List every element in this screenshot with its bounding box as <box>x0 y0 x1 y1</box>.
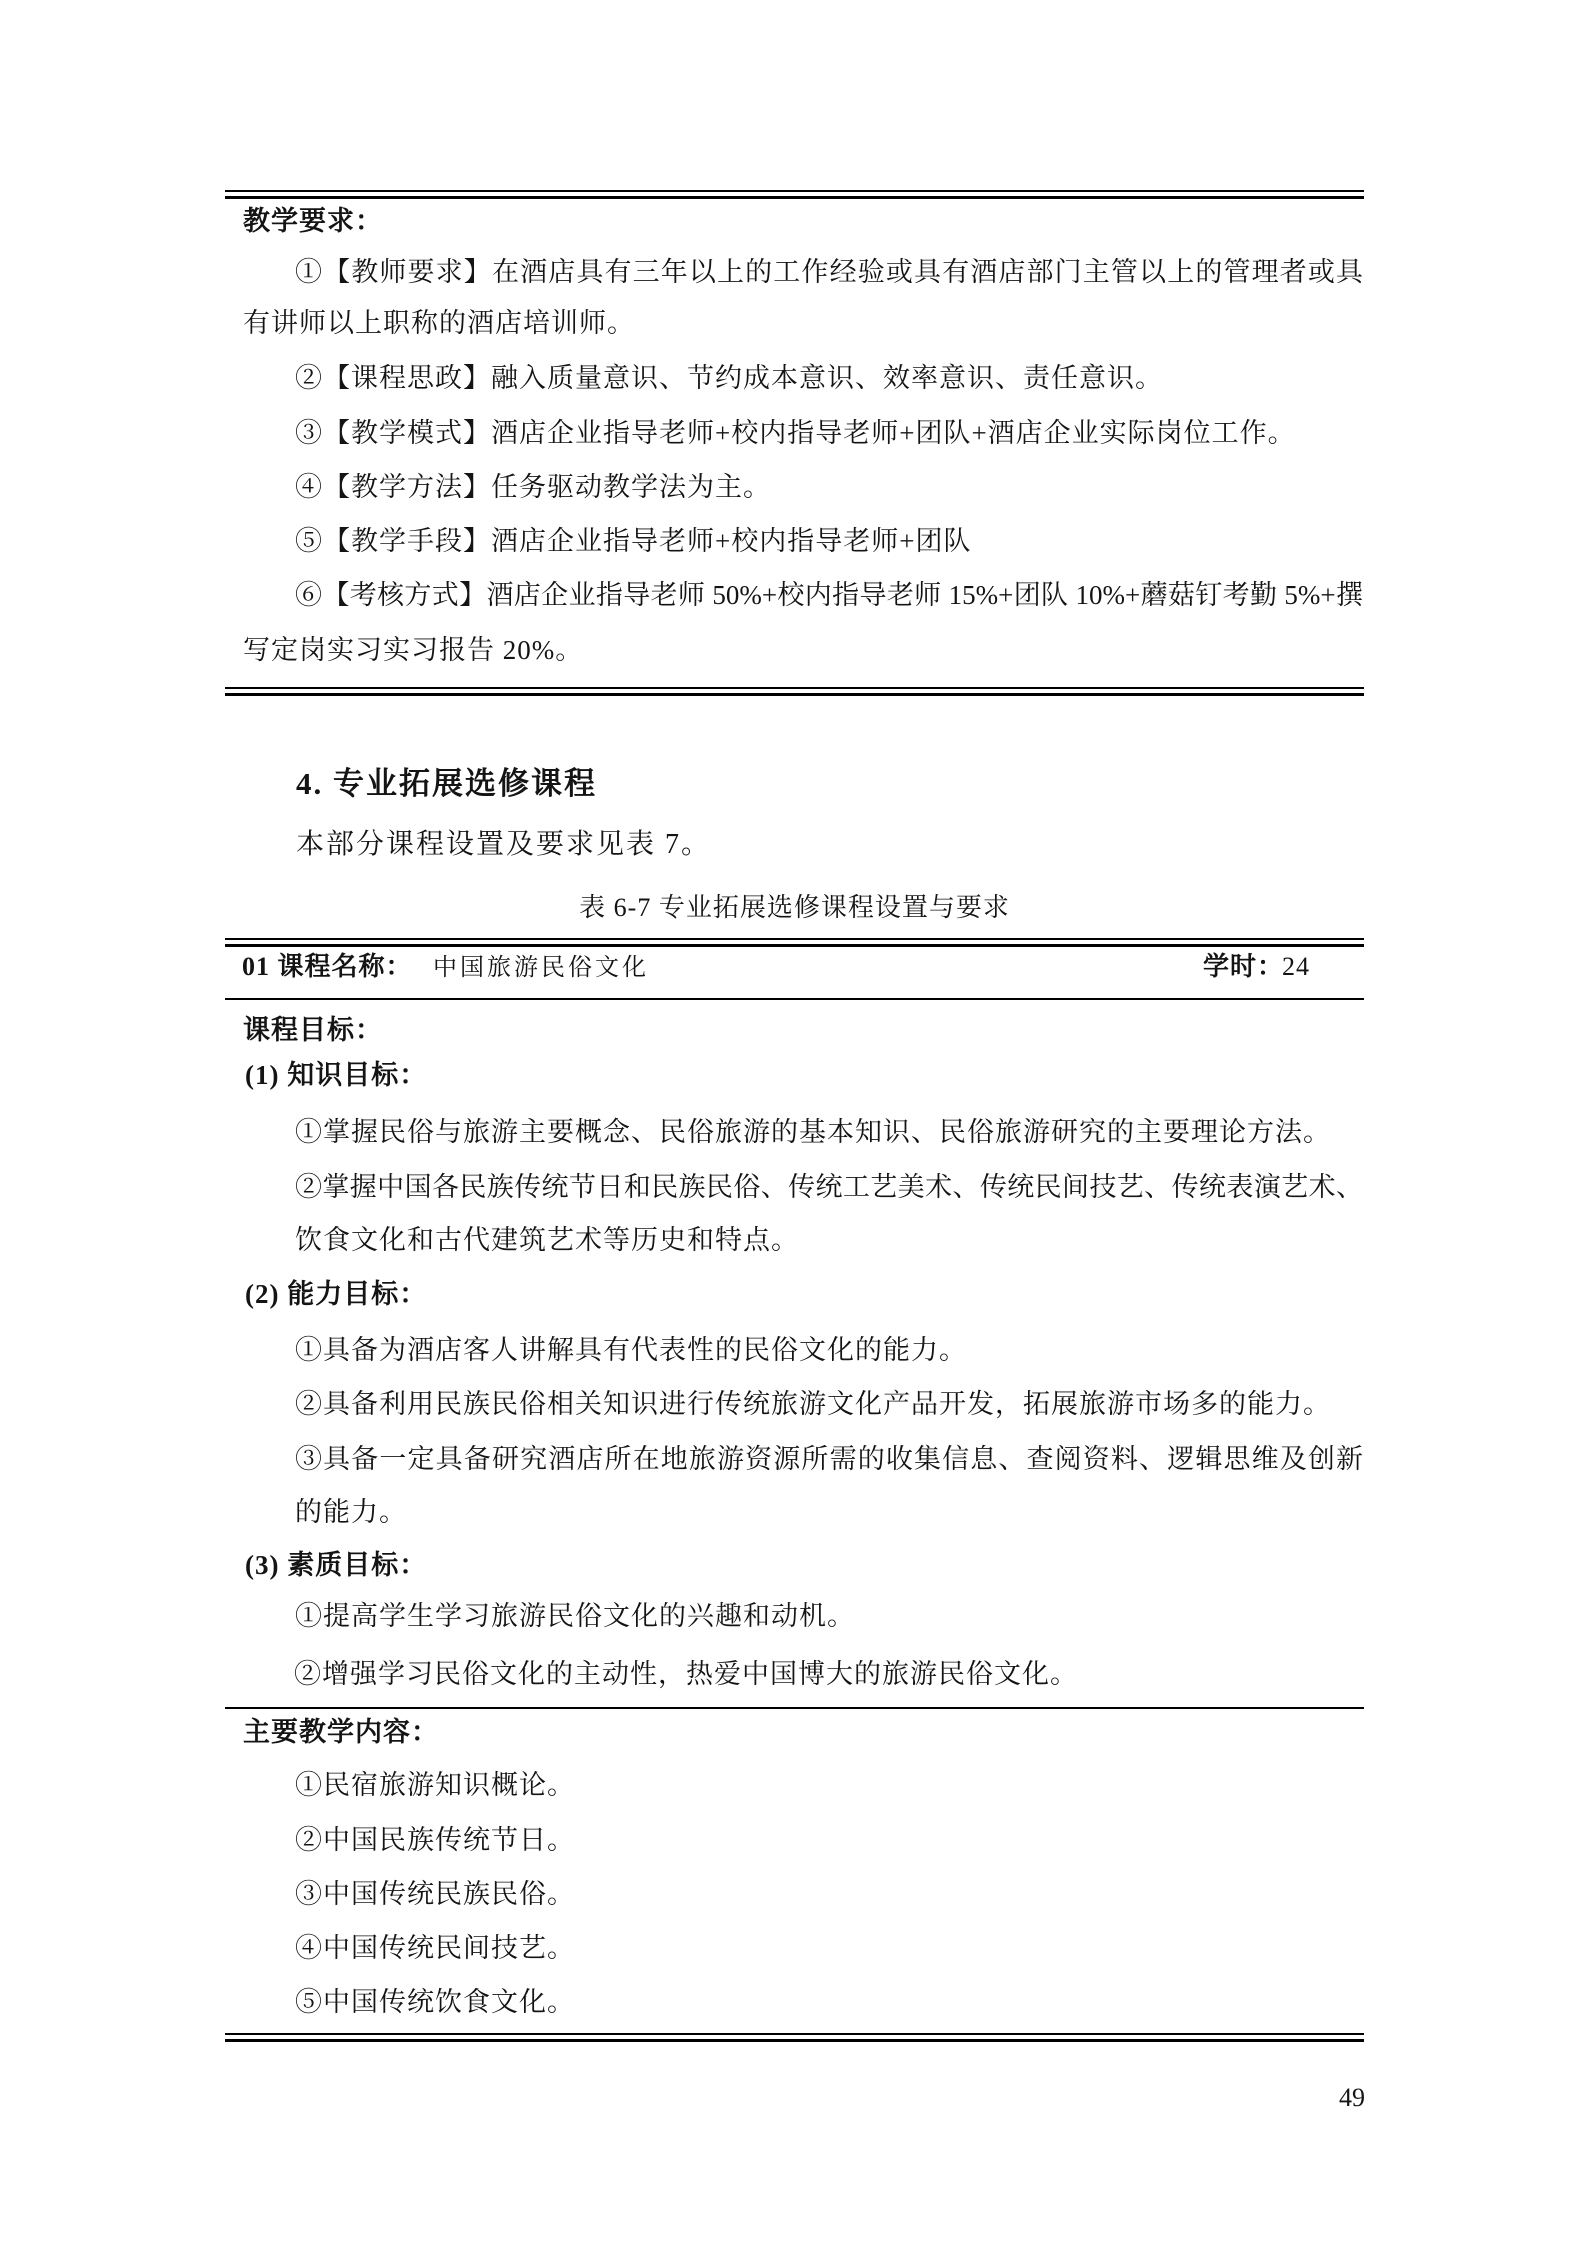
table-6-7-caption: 表 6-7 专业拓展选修课程设置与要求 <box>225 892 1364 925</box>
teaching-content-line: ②中国民族传统节日。 <box>295 1824 575 1858</box>
course-objectives-heading: 课程目标： <box>243 1014 383 1048</box>
course-content-divider <box>225 1707 1364 1709</box>
knowledge-objectives-heading: (1) 知识目标： <box>245 1059 427 1093</box>
table-top-border <box>225 190 1364 199</box>
course-name-value: 中国旅游民俗文化 <box>433 953 649 983</box>
quality-objective-line: ②增强学习民俗文化的主动性，热爱中国博大的旅游民俗文化。 <box>294 1658 1078 1692</box>
teaching-content-line: ⑤中国传统饮食文化。 <box>295 1986 575 2020</box>
teaching-mode-line: ③【教学模式】酒店企业指导老师+校内指导老师+团队+酒店企业实际岗位工作。 <box>295 417 1296 451</box>
course-table-bottom-border <box>225 2033 1364 2042</box>
course-ideology-line: ②【课程思政】融入质量意识、节约成本意识、效率意识、责任意识。 <box>295 362 1163 396</box>
knowledge-objective-line: ②掌握中国各民族传统节日和民族民俗、传统工艺美术、传统民间技艺、传统表演艺术、 <box>295 1171 1363 1205</box>
section-4-heading: 4. 专业拓展选修课程 <box>296 765 597 804</box>
course-hours-value: 24 <box>1282 951 1310 984</box>
assessment-method-line: ⑥【考核方式】酒店企业指导老师 50%+校内指导老师 15%+团队 10%+蘑菇… <box>295 579 1363 613</box>
section-4-intro: 本部分课程设置及要求见表 7。 <box>296 827 711 862</box>
teaching-content-line: ③中国传统民族民俗。 <box>295 1878 575 1912</box>
ability-objective-wrap-line: 的能力。 <box>295 1496 407 1530</box>
teacher-requirement-line: ①【教师要求】在酒店具有三年以上的工作经验或具有酒店部门主管以上的管理者或具 <box>295 256 1363 290</box>
teaching-content-line: ①民宿旅游知识概论。 <box>295 1769 575 1803</box>
teaching-requirements-heading: 教学要求： <box>243 205 383 239</box>
ability-objective-line: ①具备为酒店客人讲解具有代表性的民俗文化的能力。 <box>295 1334 967 1368</box>
quality-objective-line: ①提高学生学习旅游民俗文化的兴趣和动机。 <box>295 1600 855 1634</box>
teacher-requirement-wrap-line: 有讲师以上职称的酒店培训师。 <box>243 307 635 341</box>
main-teaching-content-heading: 主要教学内容： <box>243 1716 439 1750</box>
course-header-divider <box>225 998 1364 1000</box>
course-table-top-border <box>225 938 1364 947</box>
quality-objectives-heading: (3) 素质目标： <box>245 1549 427 1583</box>
teaching-content-line: ④中国传统民间技艺。 <box>295 1932 575 1966</box>
knowledge-objective-line: ①掌握民俗与旅游主要概念、民俗旅游的基本知识、民俗旅游研究的主要理论方法。 <box>295 1116 1331 1150</box>
course-number-label: 01 课程名称： <box>242 951 413 984</box>
ability-objective-line: ③具备一定具备研究酒店所在地旅游资源所需的收集信息、查阅资料、逻辑思维及创新 <box>295 1443 1363 1477</box>
ability-objectives-heading: (2) 能力目标： <box>245 1278 427 1312</box>
page-number: 49 <box>1225 2082 1365 2115</box>
ability-objective-line: ②具备利用民族民俗相关知识进行传统旅游文化产品开发，拓展旅游市场多的能力。 <box>295 1388 1331 1422</box>
course-hours-label: 学时： <box>1203 951 1284 984</box>
assessment-wrap-line: 写定岗实习实习报告 20%。 <box>243 634 583 668</box>
teaching-method-line: ④【教学方法】任务驱动教学法为主。 <box>295 471 771 505</box>
document-page: { "page": { "number": "49" }, "top_secti… <box>0 0 1587 2245</box>
table-bottom-border <box>225 687 1364 696</box>
teaching-means-line: ⑤【教学手段】酒店企业指导老师+校内指导老师+团队 <box>295 525 971 559</box>
knowledge-objective-wrap-line: 饮食文化和古代建筑艺术等历史和特点。 <box>295 1224 799 1258</box>
